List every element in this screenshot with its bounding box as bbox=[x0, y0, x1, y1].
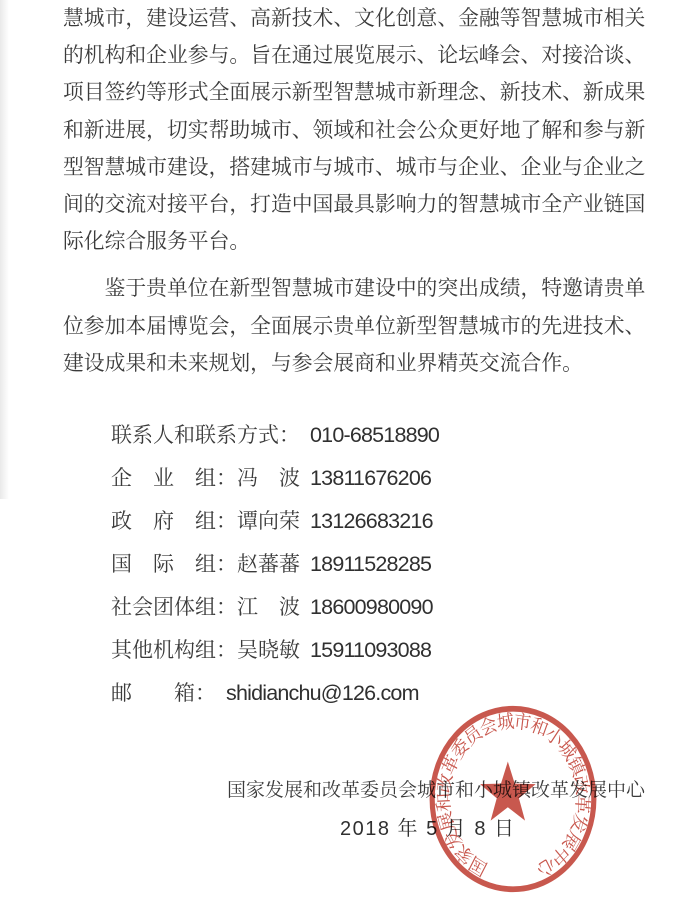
body-line: 和新进展，切实帮助城市、领域和社会公众更好地了解和参与新 bbox=[63, 112, 649, 149]
body-line: 型智慧城市建设，搭建城市与城市、城市与企业、企业与企业之 bbox=[63, 149, 649, 186]
contact-row: 联系人和联系方式：010-68518890 bbox=[111, 414, 439, 457]
letter-body: 慧城市，建设运营、高新技术、文化创意、金融等智慧城市相关 的机构和企业参与。旨在… bbox=[63, 0, 649, 382]
contact-label: 邮 箱： bbox=[111, 681, 216, 705]
contact-person-name: 吴晓敏 bbox=[237, 638, 300, 662]
contact-label: 政 府 组： bbox=[111, 509, 237, 533]
body-line: 间的交流对接平台，打造中国最具影响力的智慧城市全产业链国 bbox=[63, 186, 649, 223]
contact-label: 其他机构组： bbox=[111, 638, 237, 662]
scan-edge-shade bbox=[0, 0, 9, 499]
body-line: 项目签约等形式全面展示新型智慧城市新理念、新技术、新成果 bbox=[63, 74, 649, 111]
contact-list: 联系人和联系方式：010-68518890 企 业 组：冯 波138116762… bbox=[111, 414, 439, 715]
document-page: 慧城市，建设运营、高新技术、文化创意、金融等智慧城市相关 的机构和企业参与。旨在… bbox=[0, 0, 700, 908]
contact-person-name: 江 波 bbox=[237, 595, 300, 619]
contact-label: 企 业 组： bbox=[111, 466, 237, 490]
contact-row: 其他机构组：吴晓敏15911093088 bbox=[111, 629, 439, 672]
body-line: 建设成果和未来规划，与参会展商和业界精英交流合作。 bbox=[63, 345, 649, 382]
body-line: 慧城市，建设运营、高新技术、文化创意、金融等智慧城市相关 bbox=[63, 0, 649, 37]
contact-phone: 15911093088 bbox=[310, 638, 431, 662]
body-line: 位参加本届博览会，全面展示贵单位新型智慧城市的先进技术、 bbox=[63, 308, 649, 345]
contact-phone: 18911528285 bbox=[310, 552, 431, 576]
contact-email: shidianchu@126.com bbox=[226, 681, 419, 705]
contact-phone: 13126683216 bbox=[310, 509, 433, 533]
contact-person-name: 谭向荣 bbox=[237, 509, 300, 533]
contact-row: 邮 箱：shidianchu@126.com bbox=[111, 672, 439, 715]
contact-phone: 13811676206 bbox=[310, 466, 431, 490]
letter-date: 2018 年 5 月 8 日 bbox=[340, 812, 516, 841]
contact-row: 社会团体组：江 波18600980090 bbox=[111, 586, 439, 629]
contact-row: 政 府 组：谭向荣13126683216 bbox=[111, 500, 439, 543]
contact-label: 联系人和联系方式： bbox=[111, 423, 300, 447]
contact-person-name: 冯 波 bbox=[237, 466, 300, 490]
body-line: 际化综合服务平台。 bbox=[63, 223, 649, 260]
contact-label: 国 际 组： bbox=[111, 552, 237, 576]
contact-person-name: 赵蕃蕃 bbox=[237, 552, 300, 576]
paragraph-2: 鉴于贵单位在新型智慧城市建设中的突出成绩，特邀请贵单 位参加本届博览会，全面展示… bbox=[63, 270, 649, 382]
contact-row: 国 际 组：赵蕃蕃18911528285 bbox=[111, 543, 439, 586]
contact-label: 社会团体组： bbox=[111, 595, 237, 619]
contact-row: 企 业 组：冯 波13811676206 bbox=[111, 457, 439, 500]
signing-organization: 国家发展和改革委员会城市和小城镇改革发展中心 bbox=[227, 779, 645, 803]
paragraph-1: 慧城市，建设运营、高新技术、文化创意、金融等智慧城市相关 的机构和企业参与。旨在… bbox=[63, 0, 649, 260]
contact-phone: 18600980090 bbox=[310, 595, 433, 619]
contact-phone: 010-68518890 bbox=[310, 423, 439, 447]
body-line: 鉴于贵单位在新型智慧城市建设中的突出成绩，特邀请贵单 bbox=[63, 270, 649, 307]
body-line: 的机构和企业参与。旨在通过展览展示、论坛峰会、对接洽谈、 bbox=[63, 37, 649, 74]
